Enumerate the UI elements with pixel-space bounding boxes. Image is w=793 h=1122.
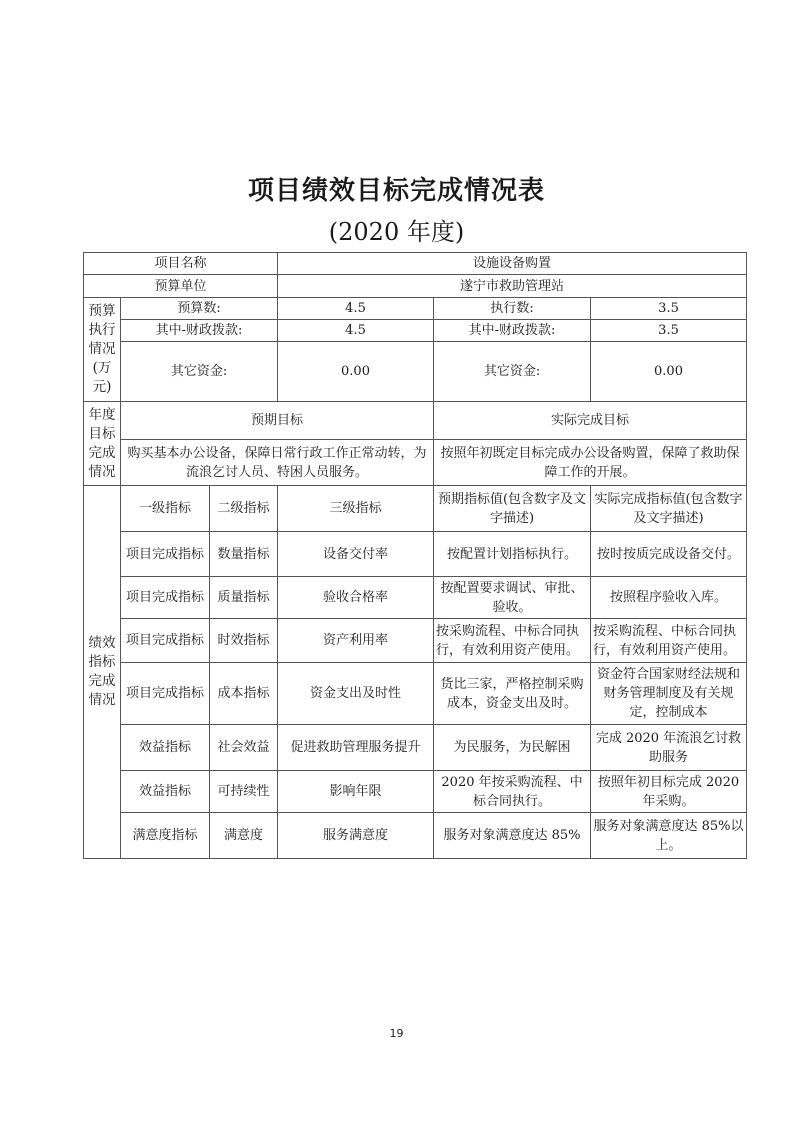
cell-level1: 项目完成指标: [121, 577, 210, 619]
fiscal-budget-value: 4.5: [278, 320, 434, 342]
cell-level2: 成本指标: [210, 663, 278, 725]
cell-actual: 按采购流程、中标合同执行，有效利用资产使用。: [591, 619, 747, 663]
other-exec-value: 0.00: [591, 342, 747, 402]
other-funds-row: 其它资金: 0.00 其它资金: 0.00: [84, 342, 747, 402]
budget-unit-row: 预算单位 遂宁市救助管理站: [84, 275, 747, 298]
budget-row: 预算 执行 情况 (万 元) 预算数: 4.5 执行数: 3.5: [84, 298, 747, 320]
cell-level2: 数量指标: [210, 532, 278, 577]
fiscal-budget-label: 其中-财政拨款:: [121, 320, 278, 342]
annual-goal-text-row: 购买基本办公设备，保障日常行政工作正常动转，为流浪乞讨人员、特困人员服务。 按照…: [84, 440, 747, 486]
budget-amount-label: 预算数:: [121, 298, 278, 320]
label-line: 元): [85, 378, 119, 397]
cell-expected: 服务对象满意度达 85%: [434, 813, 591, 859]
fiscal-exec-label: 其中-财政拨款:: [434, 320, 591, 342]
cell-actual: 按照年初目标完成 2020 年采购。: [591, 771, 747, 813]
label-line: 目标: [85, 425, 119, 444]
cell-expected: 为民服务，为民解困: [434, 725, 591, 771]
cell-level3: 设备交付率: [278, 532, 434, 577]
other-exec-label: 其它资金:: [434, 342, 591, 402]
cell-expected: 2020 年按采购流程、中标合同执行。: [434, 771, 591, 813]
project-name-label: 项目名称: [84, 253, 278, 275]
cell-expected: 货比三家，严格控制采购成本，资金支出及时。: [434, 663, 591, 725]
other-budget-label: 其它资金:: [121, 342, 278, 402]
header-expected-value: 预期指标值(包含数字及文字描述): [434, 486, 591, 532]
page-subtitle: (2020 年度): [0, 212, 793, 247]
actual-goal-header: 实际完成目标: [434, 402, 747, 440]
header-level1: 一级指标: [121, 486, 210, 532]
header-level2: 二级指标: [210, 486, 278, 532]
fiscal-exec-value: 3.5: [591, 320, 747, 342]
actual-goal-text: 按照年初既定目标完成办公设备购置，保障了救助保障工作的开展。: [434, 440, 747, 486]
cell-level3: 影响年限: [278, 771, 434, 813]
label-line: 预算: [85, 302, 119, 321]
label-line: 情况: [85, 340, 119, 359]
cell-expected: 按配置要求调试、审批、验收。: [434, 577, 591, 619]
project-name-value: 设施设备购置: [278, 253, 747, 275]
cell-level1: 满意度指标: [121, 813, 210, 859]
cell-level3: 资金支出及时性: [278, 663, 434, 725]
exec-amount-value: 3.5: [591, 298, 747, 320]
budget-unit-value: 遂宁市救助管理站: [278, 275, 747, 298]
cell-expected: 按采购流程、中标合同执行，有效利用资产使用。: [434, 619, 591, 663]
header-level3: 三级指标: [278, 486, 434, 532]
table-row: 项目完成指标 数量指标 设备交付率 按配置计划指标执行。 按时按质完成设备交付。: [84, 532, 747, 577]
label-line: (万: [85, 359, 119, 378]
fiscal-row: 其中-财政拨款: 4.5 其中-财政拨款: 3.5: [84, 320, 747, 342]
budget-section-label: 预算 执行 情况 (万 元): [84, 298, 121, 402]
table-row: 效益指标 社会效益 促进救助管理服务提升 为民服务，为民解困 完成 2020 年…: [84, 725, 747, 771]
budget-unit-label: 预算单位: [84, 275, 278, 298]
project-name-row: 项目名称 设施设备购置: [84, 253, 747, 275]
expected-goal-header: 预期目标: [121, 402, 434, 440]
table-row: 项目完成指标 成本指标 资金支出及时性 货比三家，严格控制采购成本，资金支出及时…: [84, 663, 747, 725]
annual-goal-header-row: 年度 目标 完成 情况 预期目标 实际完成目标: [84, 402, 747, 440]
cell-level2: 满意度: [210, 813, 278, 859]
cell-level1: 效益指标: [121, 725, 210, 771]
label-line: 完成: [85, 672, 119, 691]
expected-goal-text: 购买基本办公设备，保障日常行政工作正常动转，为流浪乞讨人员、特困人员服务。: [121, 440, 434, 486]
table-row: 效益指标 可持续性 影响年限 2020 年按采购流程、中标合同执行。 按照年初目…: [84, 771, 747, 813]
indicator-section-label: 绩效 指标 完成 情况: [84, 486, 121, 859]
cell-level3: 资产利用率: [278, 619, 434, 663]
page-number: 19: [0, 1027, 793, 1040]
cell-level2: 社会效益: [210, 725, 278, 771]
cell-actual: 按照程序验收入库。: [591, 577, 747, 619]
other-budget-value: 0.00: [278, 342, 434, 402]
cell-level3: 验收合格率: [278, 577, 434, 619]
cell-actual: 服务对象满意度达 85%以上。: [591, 813, 747, 859]
cell-level1: 项目完成指标: [121, 663, 210, 725]
exec-amount-label: 执行数:: [434, 298, 591, 320]
cell-actual: 资金符合国家财经法规和财务管理制度及有关规定，控制成本: [591, 663, 747, 725]
label-line: 执行: [85, 321, 119, 340]
cell-level2: 可持续性: [210, 771, 278, 813]
cell-level1: 项目完成指标: [121, 532, 210, 577]
label-line: 情况: [85, 463, 119, 482]
performance-table: 项目名称 设施设备购置 预算单位 遂宁市救助管理站 预算 执行 情况 (万 元)…: [83, 252, 747, 859]
cell-expected: 按配置计划指标执行。: [434, 532, 591, 577]
cell-level1: 效益指标: [121, 771, 210, 813]
cell-level2: 质量指标: [210, 577, 278, 619]
table-row: 满意度指标 满意度 服务满意度 服务对象满意度达 85% 服务对象满意度达 85…: [84, 813, 747, 859]
label-line: 情况: [85, 691, 119, 710]
indicator-header-row: 绩效 指标 完成 情况 一级指标 二级指标 三级指标 预期指标值(包含数字及文字…: [84, 486, 747, 532]
table-row: 项目完成指标 质量指标 验收合格率 按配置要求调试、审批、验收。 按照程序验收入…: [84, 577, 747, 619]
cell-level1: 项目完成指标: [121, 619, 210, 663]
cell-level2: 时效指标: [210, 619, 278, 663]
label-line: 指标: [85, 653, 119, 672]
page-title: 项目绩效目标完成情况表: [0, 170, 793, 207]
budget-amount-value: 4.5: [278, 298, 434, 320]
cell-actual: 按时按质完成设备交付。: [591, 532, 747, 577]
header-actual-value: 实际完成指标值(包含数字及文字描述): [591, 486, 747, 532]
label-line: 年度: [85, 406, 119, 425]
annual-goal-section-label: 年度 目标 完成 情况: [84, 402, 121, 486]
table-row: 项目完成指标 时效指标 资产利用率 按采购流程、中标合同执行，有效利用资产使用。…: [84, 619, 747, 663]
cell-actual: 完成 2020 年流浪乞讨救助服务: [591, 725, 747, 771]
label-line: 绩效: [85, 634, 119, 653]
cell-level3: 促进救助管理服务提升: [278, 725, 434, 771]
label-line: 完成: [85, 444, 119, 463]
cell-level3: 服务满意度: [278, 813, 434, 859]
